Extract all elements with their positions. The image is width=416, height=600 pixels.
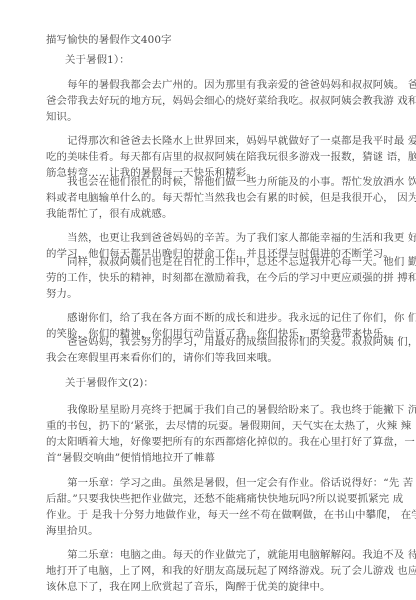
paragraph-line: 感谢你们，给了我在各方面不断的成长和进步。我永远的记住了你们，你 们: [46, 312, 416, 324]
paragraph-line: 努力。: [46, 288, 78, 300]
paragraph-line: 我也会在他们很忙的时候，帮他们做一些力所能及的小事。帮忙发放酒水 饮: [46, 176, 416, 188]
paragraph-line: 爸会带我去好玩的地方玩，妈妈会细心的烧好菜给我吃。叔叔阿姨会教我游 戏和: [46, 95, 416, 107]
paragraph-line: 爸爸妈妈，我会努力的学习，用最好的成绩回报你们的关爱。叔叔阿姨 们，: [46, 336, 416, 348]
paragraph-line: 首“暑假交响曲”便悄悄地拉开了帷幕: [46, 452, 215, 464]
paragraph-line: 第一乐章：学习之曲。虽然是暑假，但一定会有作业。俗话说得好：“先 苦: [46, 477, 413, 489]
paragraph-line: 记得那次和爸爸去长隆水上世界回来，妈妈早就做好了一桌都是我平时最 爱: [46, 135, 416, 147]
paragraph-line: 劳的工作，快乐的精神，时刻都在激励着我，在今后的学习中更应顽强的拼 搏和: [46, 272, 416, 284]
paragraph-line: 我会在寒假里再来看你们的，请你们等我回来哦。: [46, 352, 278, 364]
section-heading-2: 关于暑假作文(2)：: [65, 377, 154, 389]
section-heading-1: 关于暑假1）：: [65, 54, 130, 66]
paragraph-line: 我能帮忙了，很有成就感。: [46, 208, 173, 220]
paragraph-line: 作业。于 是我十分努力地做作业，每天一丝不苟在做啊做，在书山中攀爬， 在学: [46, 509, 416, 521]
paragraph-line: 吃的美味佳肴。每天都有店里的叔叔阿姨在陪我玩很多游戏一报数，猜谜 语，脑: [46, 151, 416, 163]
paragraph-line: 海里拾贝。: [46, 525, 99, 537]
paragraph-line: 每年的暑假我都会去广州的。因为那里有我亲爱的爸爸妈妈和叔叔阿姨。 爸: [46, 79, 416, 91]
paragraph-line: 重的书包，扔下的‘紧张，去尽情的玩耍。暑假期间，天气实在太热了，火辣 辣: [46, 420, 411, 432]
paragraph-line: 该休息下了，我在网上欣赏起了音乐，陶醉于优美的旋律中。: [46, 581, 331, 593]
paragraph-line: 料或者电脑输单什么的。每天帮忙当然我也会有累的时候，但是我很开心， 因为: [46, 192, 416, 204]
paragraph-line: 地打开了电脑，上了网，和我的好朋友高晟玩起了网络游戏。玩了会儿游戏 也应: [46, 565, 416, 577]
paragraph-line: 当然，也更让我到爸爸妈妈的辛苦。为了我们家人都能幸福的生活和我更 好: [46, 232, 416, 244]
paragraph-line: 同样，叔叔阿姨们也是在百忙的工作中，总还不忘逗我开心每一天。他们 勤: [46, 256, 416, 268]
paragraph-line: 的太阳晒着大地，好像要把所有的东西都熔化掉似的。我在心里打好了算盘，一: [46, 436, 415, 448]
paragraph-line: 我像盼星星盼月亮终于把属于我们自己的暑假给盼来了。我也终于能撇下 沉: [46, 404, 416, 416]
paragraph-line: 知识。: [46, 111, 78, 123]
paragraph-line: 第二乐章：电脑之曲。每天的作业做完了，就能用电脑解解闷。我迫不及 待: [46, 549, 416, 561]
paragraph-line: 后甜。”只要我快些把作业做完，还愁不能痛痛快快地玩吗?所以说要抓紧完 成: [46, 493, 403, 505]
document-title: 描写愉快的暑假作文400字: [46, 34, 172, 46]
